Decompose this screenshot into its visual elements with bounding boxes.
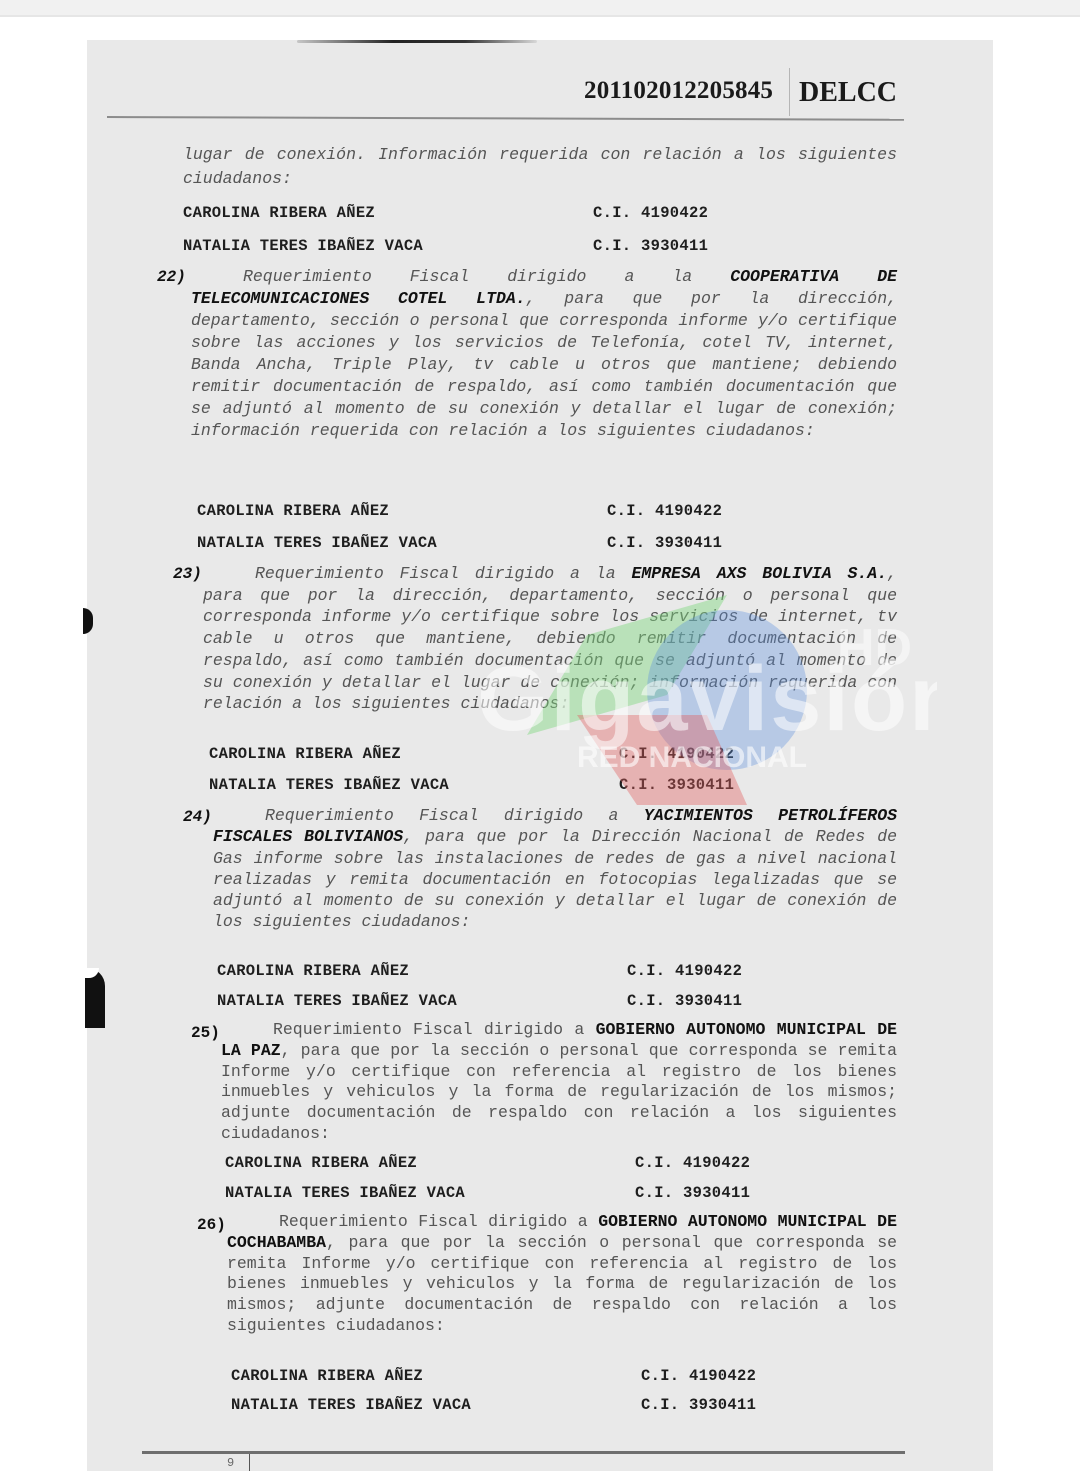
person-name: NATALIA TERES IBAÑEZ VACA — [231, 1396, 471, 1414]
person-ci: C.I. 3930411 — [635, 1184, 750, 1202]
item-body: , para que por la dirección, departament… — [191, 289, 897, 440]
header-separator — [789, 68, 790, 116]
document-page: 201102012205845 DELCC lugar de conexión.… — [87, 40, 993, 1471]
item-lead: Requerimiento Fiscal dirigido a — [273, 1020, 596, 1039]
footer-tick — [249, 1454, 250, 1471]
person-ci: C.I. 4190422 — [607, 502, 722, 520]
item-paragraph: Requerimiento Fiscal dirigido a GOBIERNO… — [227, 1212, 897, 1337]
item-paragraph: Requerimiento Fiscal dirigido a YACIMIEN… — [213, 805, 897, 933]
person-ci: C.I. 4190422 — [593, 204, 708, 222]
item-number: 22) — [157, 268, 186, 286]
person-name: CAROLINA RIBERA AÑEZ — [225, 1154, 417, 1172]
item-entity: EMPRESA AXS BOLIVIA S.A. — [632, 564, 888, 583]
person-name: NATALIA TERES IBAÑEZ VACA — [183, 237, 423, 255]
person-ci: C.I. 3930411 — [627, 992, 742, 1010]
person-name: CAROLINA RIBERA AÑEZ — [183, 204, 375, 222]
person-ci: C.I. 4190422 — [627, 962, 742, 980]
viewer-top-bar — [0, 0, 1080, 17]
item-number: 24) — [183, 808, 212, 826]
unit-code: DELCC — [799, 77, 897, 109]
document-header: 201102012205845 DELCC — [87, 40, 993, 120]
item-body: , para que por la dirección, departament… — [203, 564, 897, 713]
item-lead: Requerimiento Fiscal dirigido a la — [255, 564, 632, 583]
item-lead: Requerimiento Fiscal dirigido a la — [243, 267, 730, 286]
intro-paragraph: lugar de conexión. Información requerida… — [183, 143, 897, 191]
document-number: 201102012205845 — [584, 77, 773, 105]
person-name: NATALIA TERES IBAÑEZ VACA — [217, 992, 457, 1010]
header-rule — [107, 116, 904, 121]
person-name: NATALIA TERES IBAÑEZ VACA — [225, 1184, 465, 1202]
person-ci: C.I. 4190422 — [641, 1367, 756, 1385]
item-number: 23) — [173, 565, 202, 583]
person-name: CAROLINA RIBERA AÑEZ — [197, 502, 389, 520]
person-name: NATALIA TERES IBAÑEZ VACA — [197, 534, 437, 552]
item-lead: Requerimiento Fiscal dirigido a — [265, 806, 644, 825]
person-ci: C.I. 3930411 — [641, 1396, 756, 1414]
person-ci: C.I. 3930411 — [593, 237, 708, 255]
item-number: 26) — [197, 1216, 226, 1234]
item-body: , para que por la sección o personal que… — [227, 1233, 897, 1335]
person-name: CAROLINA RIBERA AÑEZ — [209, 745, 401, 763]
item-paragraph: Requerimiento Fiscal dirigido a GOBIERNO… — [221, 1020, 897, 1145]
item-lead: Requerimiento Fiscal dirigido a — [279, 1212, 598, 1231]
page-mark: 9 — [227, 1456, 234, 1470]
person-name: CAROLINA RIBERA AÑEZ — [217, 962, 409, 980]
item-body: , para que por la sección o personal que… — [221, 1041, 897, 1143]
person-ci: C.I. 4190422 — [635, 1154, 750, 1172]
person-ci: C.I. 3930411 — [607, 534, 722, 552]
person-name: NATALIA TERES IBAÑEZ VACA — [209, 776, 449, 794]
item-paragraph: Requerimiento Fiscal dirigido a la EMPRE… — [203, 563, 897, 715]
person-name: CAROLINA RIBERA AÑEZ — [231, 1367, 423, 1385]
footer-rule — [142, 1451, 905, 1454]
item-paragraph: Requerimiento Fiscal dirigido a la COOPE… — [191, 266, 897, 442]
person-ci: C.I. 4190422 — [619, 745, 734, 763]
item-number: 25) — [191, 1024, 220, 1042]
person-ci: C.I. 3930411 — [619, 776, 734, 794]
binder-clip-bottom — [85, 968, 105, 1028]
